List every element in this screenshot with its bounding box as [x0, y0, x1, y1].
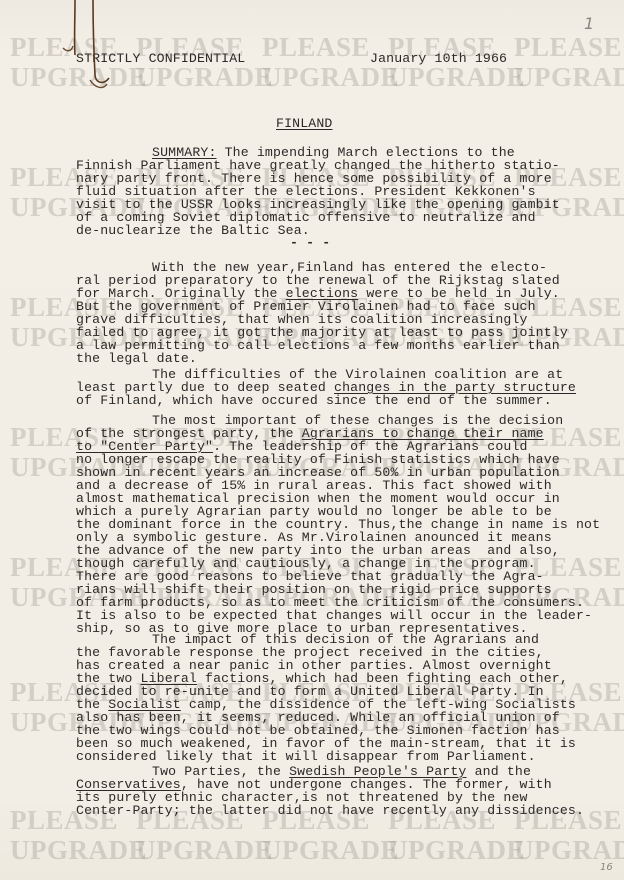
classification-label: STRICTLY CONFIDENTIAL [76, 52, 245, 65]
text-line: of Finland, which have occured since the… [76, 394, 552, 407]
text-line: de-nuclearize the Baltic Sea. [76, 224, 310, 237]
section-separator: - - - [290, 236, 330, 249]
handwritten-folio-number: 16 [600, 862, 613, 873]
document-date: January 10th 1966 [370, 52, 507, 65]
text-line: considered likely that it will disappear… [76, 750, 536, 763]
handwritten-page-mark: 1 [584, 14, 594, 33]
text-line: Center-Party; the latter did not have re… [76, 804, 584, 817]
text-line: the legal date. [76, 352, 197, 365]
document-title: FINLAND [276, 117, 332, 130]
document-text: STRICTLY CONFIDENTIAL January 10th 1966 … [0, 0, 624, 880]
